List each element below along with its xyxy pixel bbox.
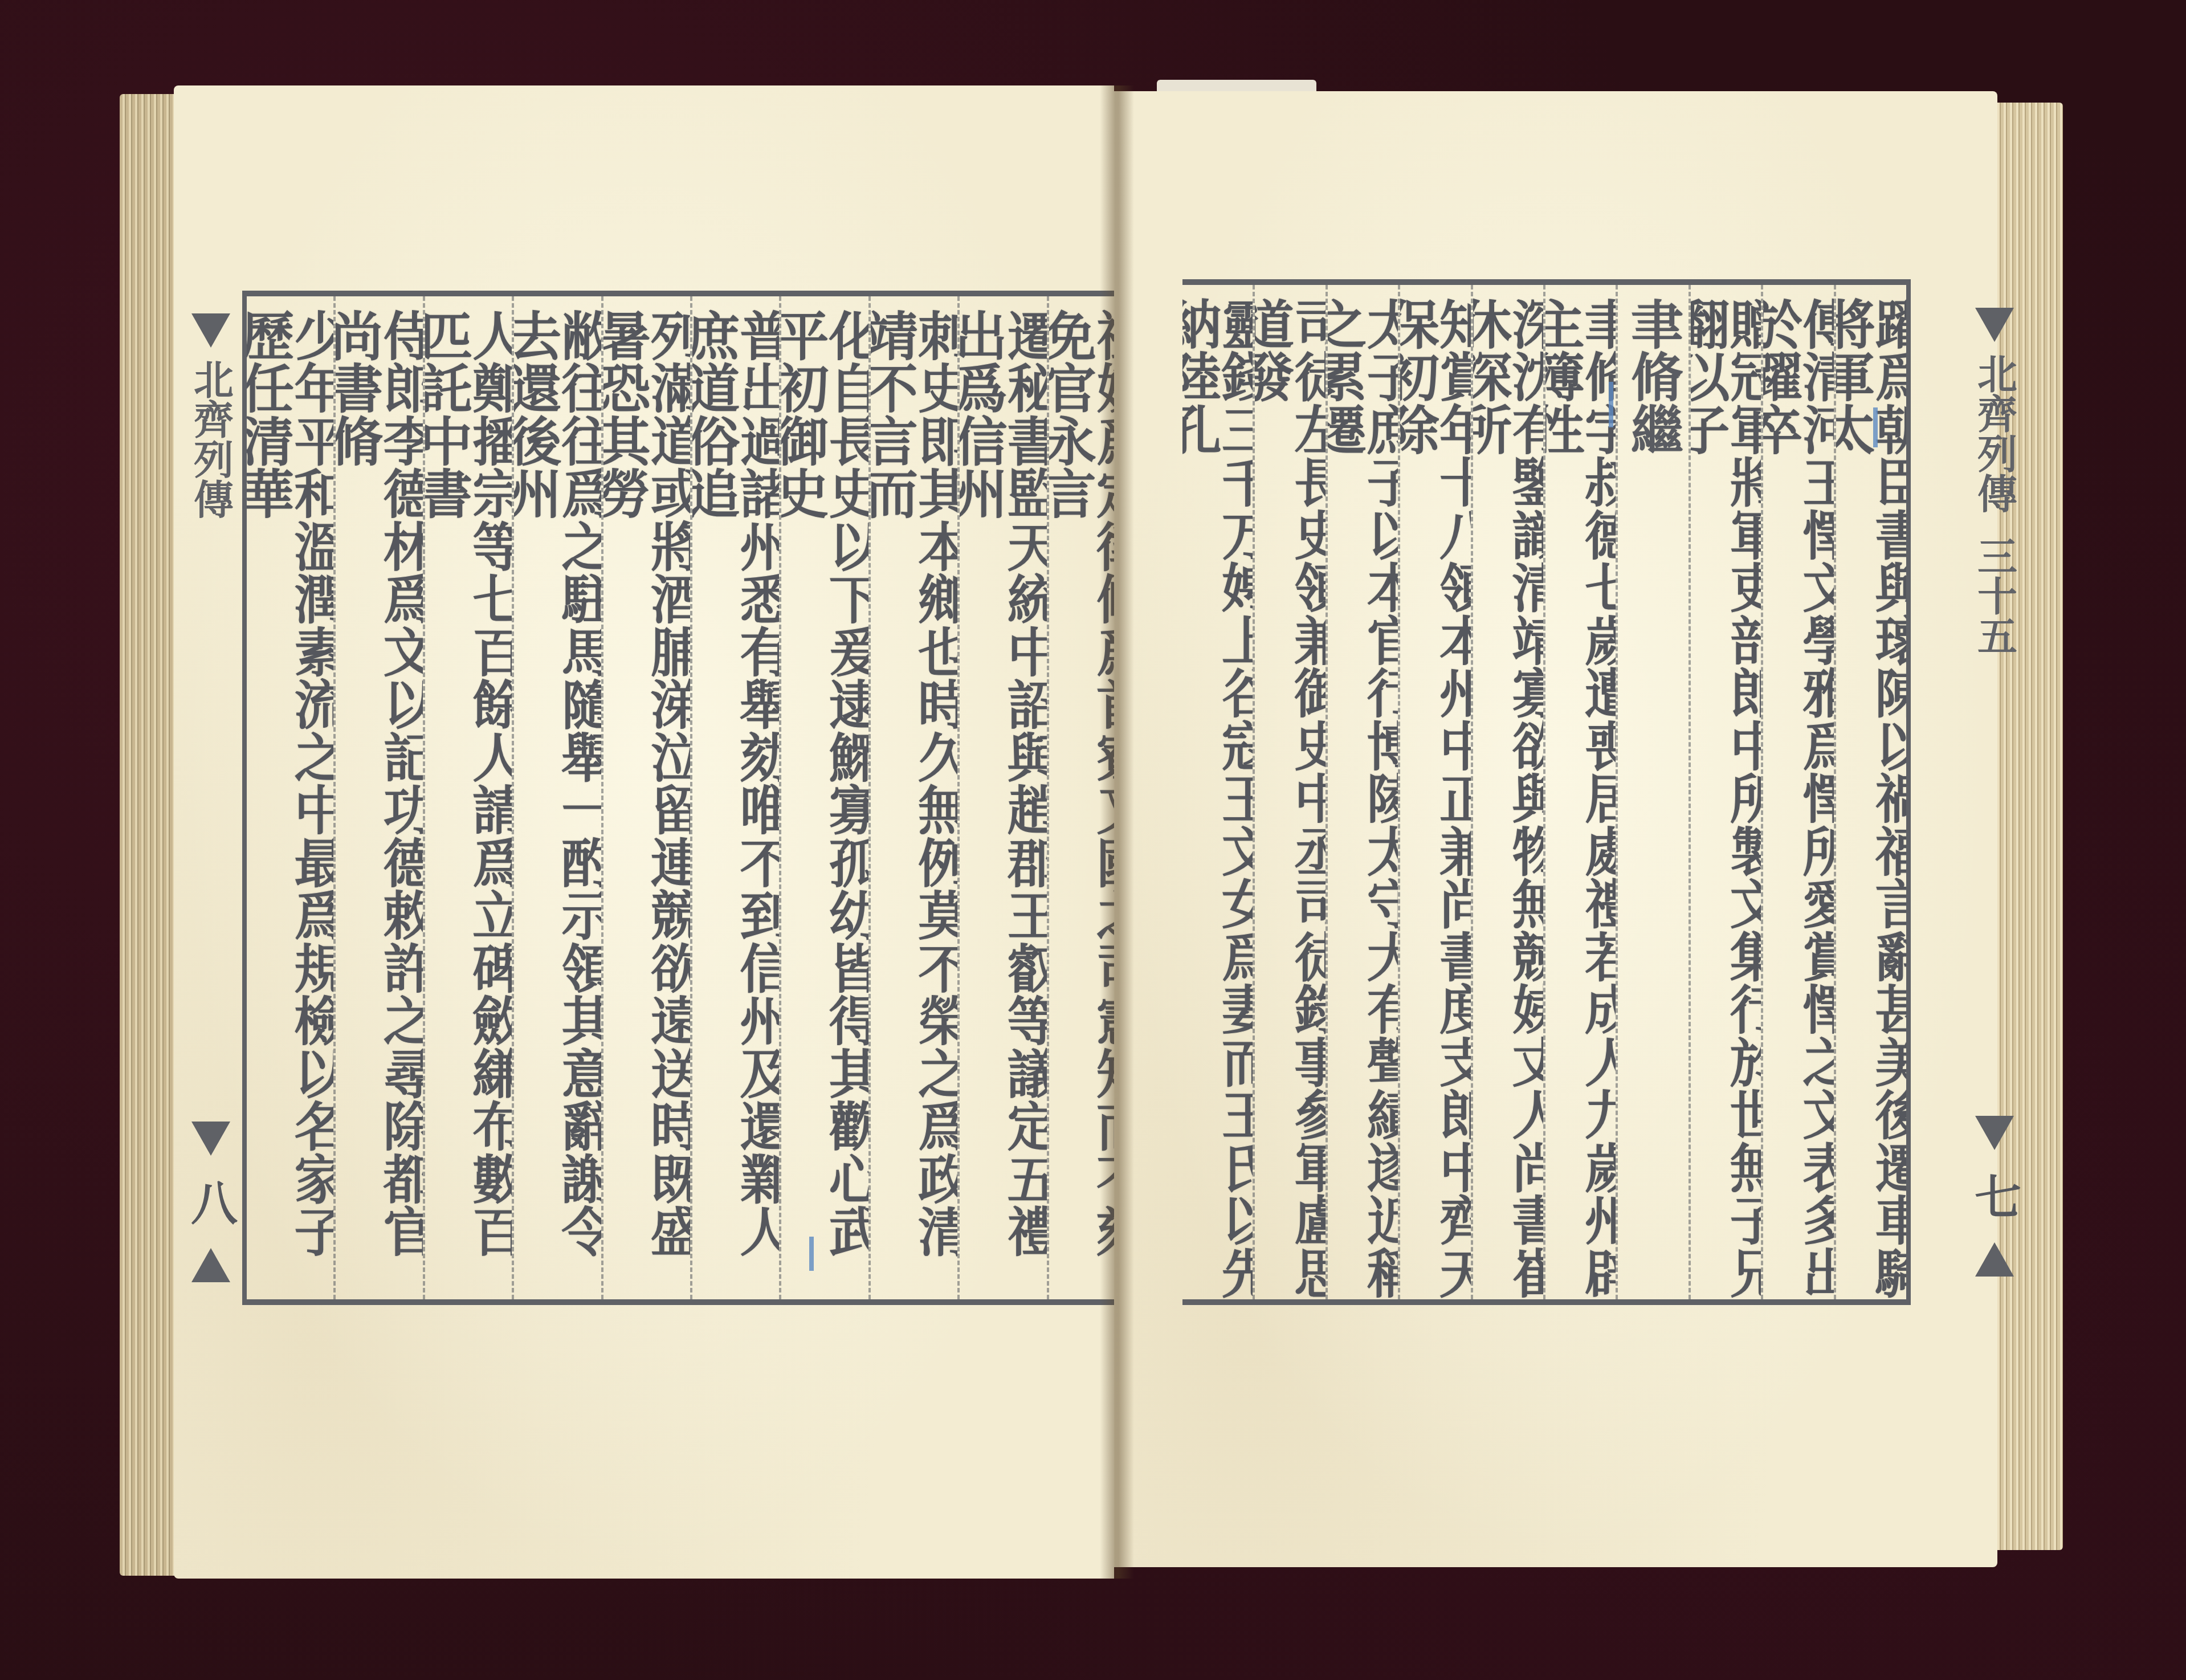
fishtail-top-icon — [191, 313, 230, 348]
text-column: 太子庶子以本官行博陵太守大有聲績遂近稱之累遷 — [1326, 285, 1398, 1299]
text-column: 深沈有鑒識清靖寡欲與物無競姨丈人尚書崔休深所 — [1471, 285, 1543, 1299]
text-column: 化自長史以下爰逮鰥寡孤幼皆得其歡心武平初御史 — [779, 296, 868, 1299]
text-column: 侍郎李德林爲文以記功德敕許之尋除都官尚書脩 — [333, 296, 422, 1299]
right-page-text-frame: 躍爲朝臣書與瓌陳以禍福言辭甚美後遷車騎將軍太 傅清河王懌文學雅爲懌所愛賞懌之文表… — [1182, 279, 1911, 1305]
fishtail-mid-icon — [1975, 1116, 2014, 1150]
text-column: 聿脩字叔德七歲遭喪居處禮若成人九歲州辟主簿性 — [1543, 285, 1616, 1299]
text-column: 躍爲朝臣書與瓌陳以禍福言辭甚美後遷車騎將軍太 — [1834, 285, 1906, 1299]
folio-number: 七 — [1961, 1173, 2028, 1220]
text-column: 遷秘書監天統中詔與趙郡王叡等議定五禮出爲信州 — [957, 296, 1046, 1299]
banxin-title: 北齊列傳 — [182, 359, 240, 519]
text-column: 列滿道或將酒脯涕泣留連競欲遠送時既盛暑恐其勞 — [601, 296, 690, 1299]
right-page-columns: 躍爲朝臣書與瓌陳以禍福言辭甚美後遷車騎將軍太 傅清河王懌文學雅爲懌所愛賞懌之文表… — [1182, 285, 1906, 1299]
right-page: 躍爲朝臣書與瓌陳以禍福言辭甚美後遷車騎將軍太 傅清河王懌文學雅爲懌所愛賞懌之文表… — [1114, 91, 1997, 1567]
left-page-text-frame: 禮姨爲定律脩爲首寮又國之司憲知而不劾免官永言 遷秘書監天統中詔與趙郡王叡等議定五… — [242, 291, 1136, 1305]
fishtail-bottom-icon — [191, 1248, 230, 1282]
text-column: 司徒左長史領兼御史中丞司徒錄事參軍盧思道發 — [1253, 285, 1325, 1299]
fishtail-mid-icon — [191, 1122, 230, 1156]
blue-annotation-mark — [1609, 382, 1613, 427]
text-column: 靈錢三千万娉上谷寇王文女爲妻而王氏以先納陸孔 — [1182, 285, 1253, 1299]
blue-annotation-mark — [1873, 407, 1878, 447]
text-column: 敝往往爲之駐馬隨舉一酌示領其意辭謝令去還後州 — [512, 296, 601, 1299]
text-column: 傅清河王懌文學雅爲懌所愛賞懌之文表多出於躍卒 — [1761, 285, 1833, 1299]
left-page-banxin: 北齊列傳 八 — [191, 313, 231, 1282]
text-column: 普出過諸州悉有舉劾唯不到信州及還鄴人庶道俗追 — [690, 296, 779, 1299]
text-column: 贈冠軍將軍吏部郎中所製文集行於世無子兄翻以子 — [1689, 285, 1761, 1299]
text-column: 少年平和溫潤素流之中最爲規檢以名家子歷任清華 — [247, 296, 333, 1299]
page-edges-left — [120, 94, 177, 1576]
text-column: 刺史即其本鄉也時久無例莫不榮之爲政清靖不言而 — [868, 296, 957, 1299]
folio-number: 八 — [178, 1179, 244, 1225]
book-gutter — [1100, 85, 1134, 1579]
fishtail-top-icon — [1975, 308, 2014, 342]
blue-annotation-mark — [809, 1237, 814, 1271]
text-column: 聿脩繼 — [1616, 285, 1688, 1299]
left-page-columns: 禮姨爲定律脩爲首寮又國之司憲知而不劾免官永言 遷秘書監天統中詔與趙郡王叡等議定五… — [247, 296, 1136, 1299]
banxin-juan: 三十五 — [1966, 536, 2024, 655]
right-page-banxin: 北齊列傳 三十五 七 — [1975, 308, 2014, 1277]
text-column: 人鄭播宗等七百餘人請爲立碑斂縑布數百匹託中書 — [423, 296, 512, 1299]
banxin-title: 北齊列傳 — [1966, 353, 2024, 513]
fishtail-bottom-icon — [1975, 1242, 2014, 1277]
text-column: 知賞年十八領本州中正兼尚書度支郎中齊天保初除 — [1398, 285, 1470, 1299]
left-page: 北齊列傳 八 禮姨爲定律脩爲首寮又國之司憲知而不劾免官永言 遷秘書監天統中詔與趙… — [174, 85, 1114, 1579]
open-book: 北齊列傳 八 禮姨爲定律脩爲首寮又國之司憲知而不劾免官永言 遷秘書監天統中詔與趙… — [120, 85, 2063, 1601]
